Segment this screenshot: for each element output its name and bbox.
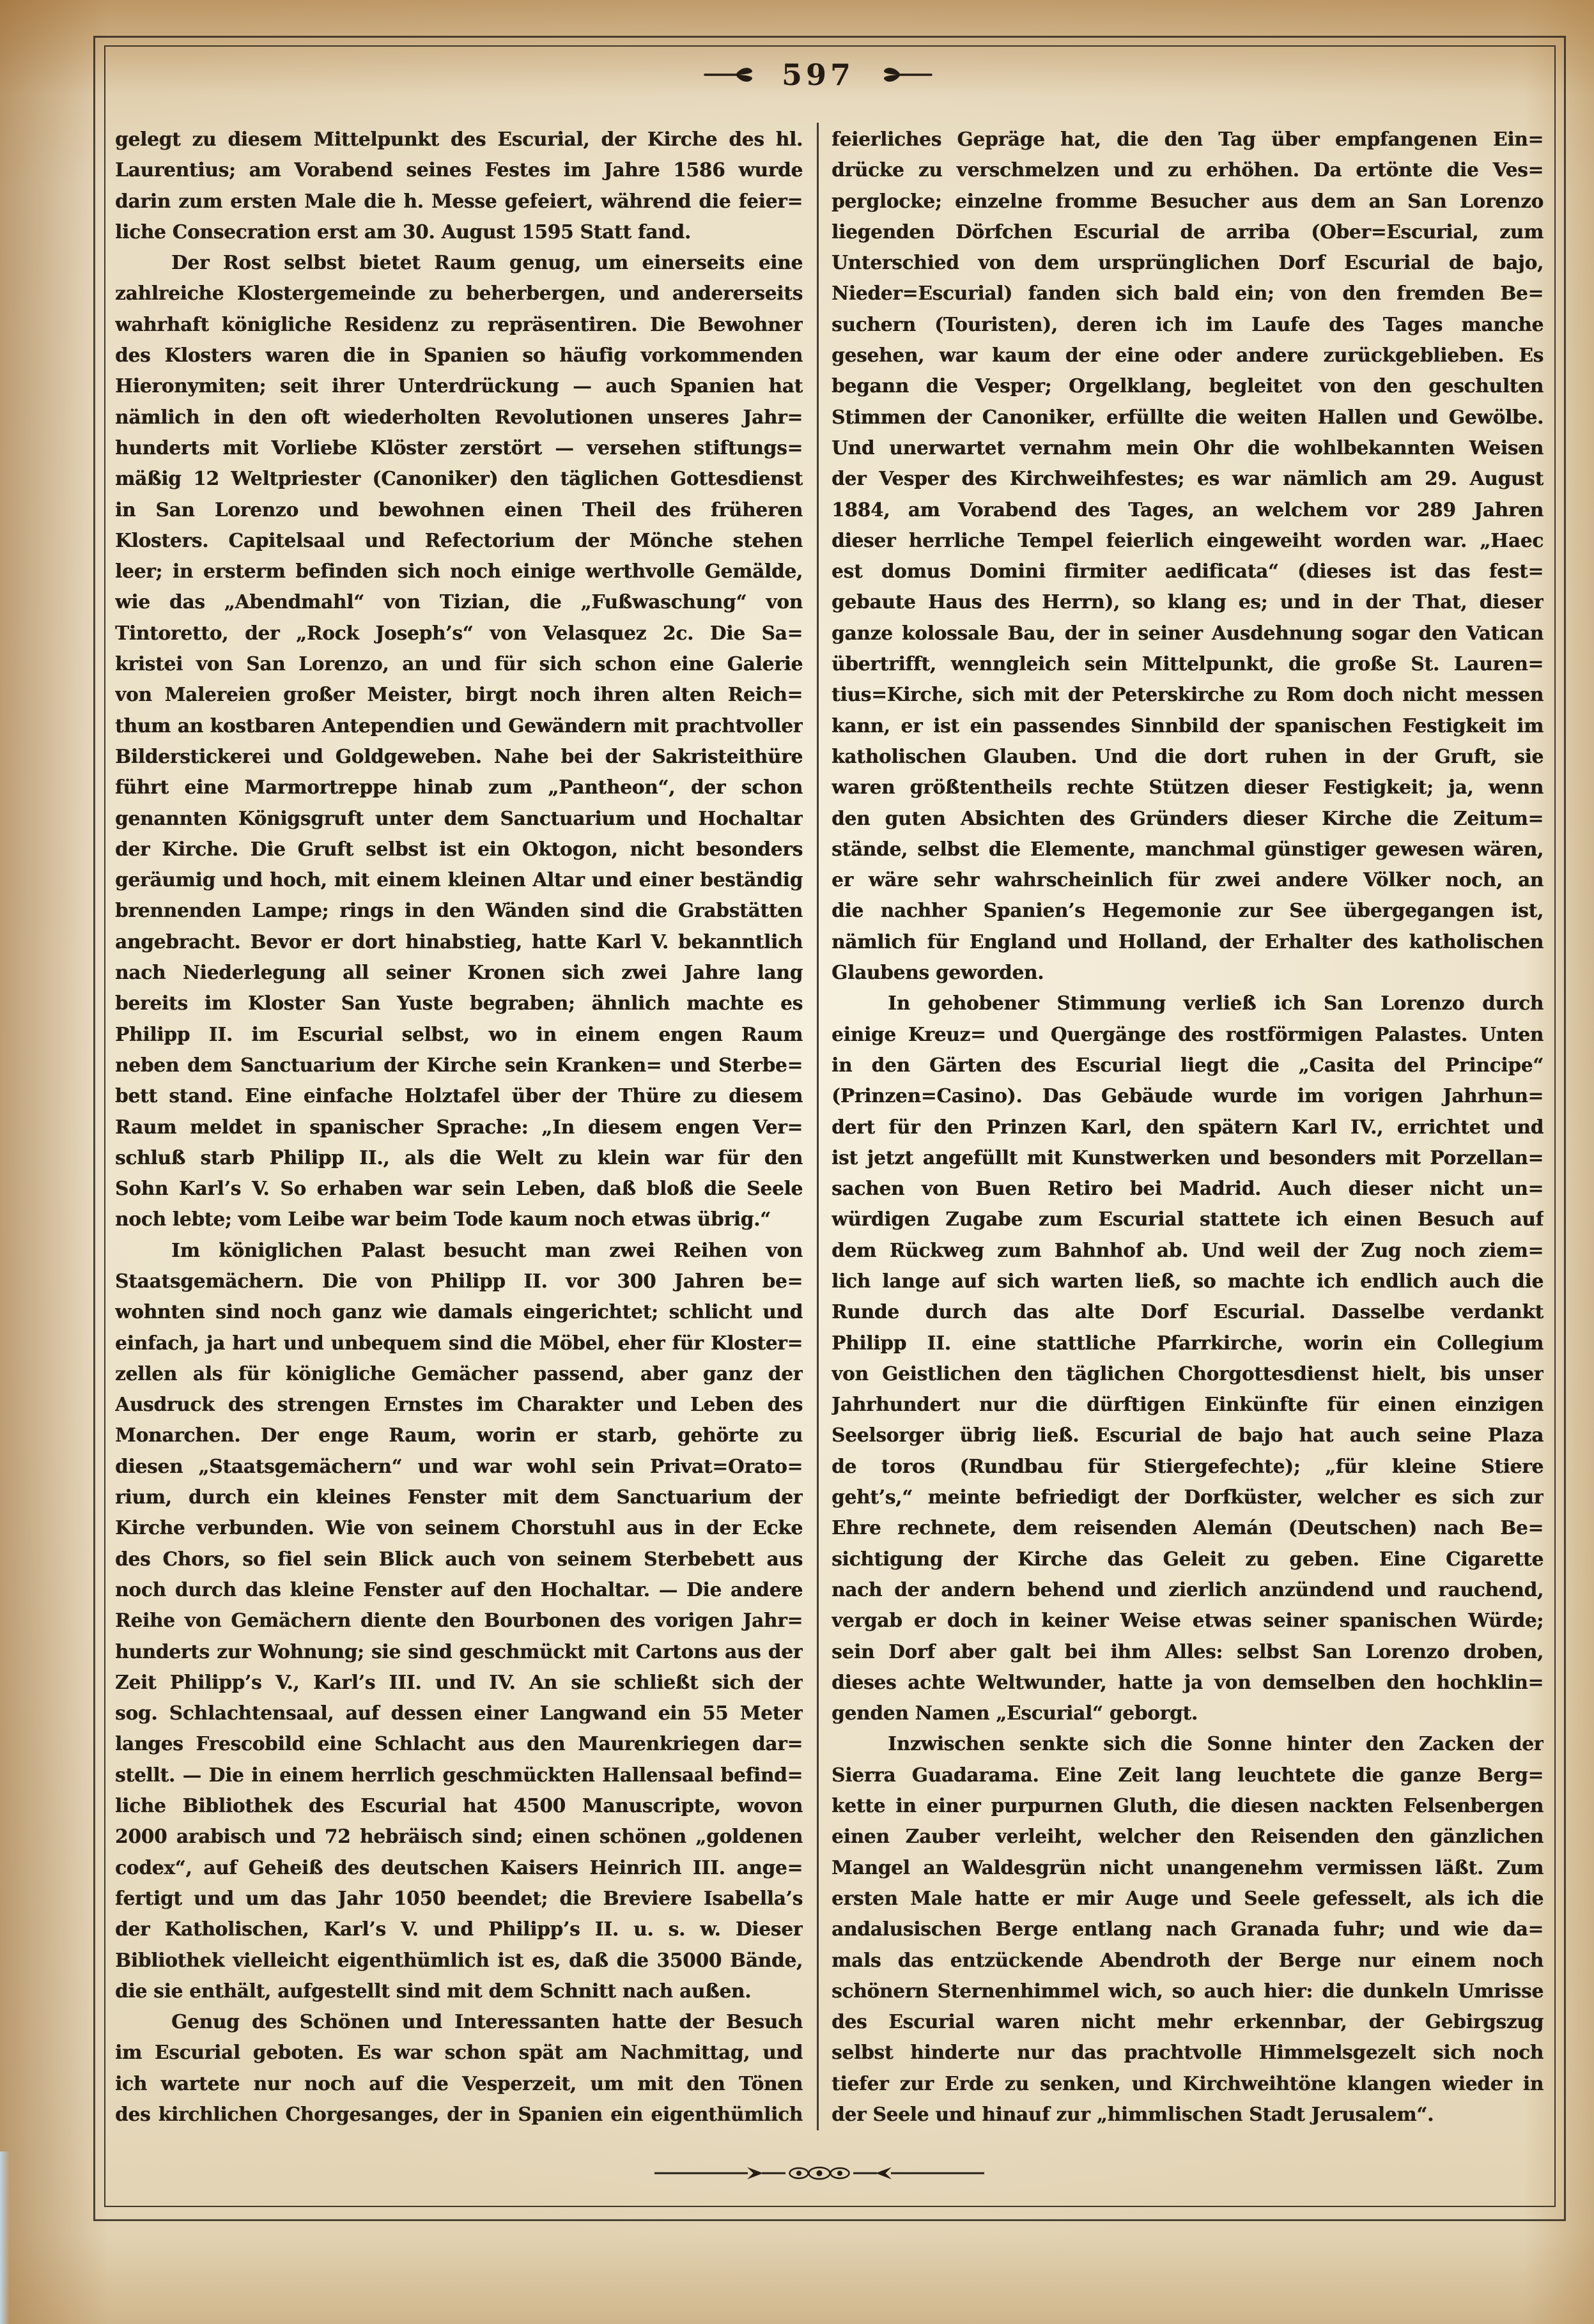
text-line: geht’s,“ meinte befriedigt der Dorfküste… [832,1482,1544,1512]
text-line: einen Zauber verleiht, welcher den Reise… [832,1821,1544,1852]
text-line: würdigen Zugabe zum Escurial stattete ic… [832,1204,1544,1235]
text-line: genden Namen „Escurial“ geborgt. [832,1698,1544,1728]
text-line: einfach, ja hart und unbequem sind die M… [115,1328,803,1358]
text-line: geräumig und hoch, mit einem kleinen Alt… [115,865,803,895]
text-line: den guten Absichten des Gründers dieser … [832,803,1544,834]
text-line: bereits im Kloster San Yuste begraben; ä… [115,988,803,1019]
text-line: waren größtentheils rechte Stützen diese… [832,772,1544,803]
text-line: nach der andern behend und zierlich anzü… [832,1574,1544,1605]
text-line: gelegt zu diesem Mittelpunkt des Escuria… [115,124,803,155]
text-line: Raum meldet in spanischer Sprache: „In d… [115,1112,803,1143]
text-line: Im königlichen Palast besucht man zwei R… [115,1235,803,1266]
text-line: darin zum ersten Male die h. Messe gefei… [115,186,803,217]
text-line: Unterschied von dem ursprünglichen Dorf … [832,247,1544,278]
text-line: Und unerwartet vernahm mein Ohr die wohl… [832,433,1544,463]
scanned-book-page: 597 gelegt zu diesem Mittelpunkt des Esc… [0,0,1594,2324]
text-line: zahlreiche Klostergemeinde zu beherberge… [115,278,803,309]
text-line: hunderts zur Wohnung; sie sind geschmück… [115,1636,803,1667]
text-line: übertrifft, wenngleich sein Mittelpunkt,… [832,649,1544,679]
scanner-edge-artifact [0,2151,10,2324]
text-line: stände, selbst die Elemente, manchmal gü… [832,834,1544,865]
text-line: Sierra Guadarama. Eine Zeit lang leuchte… [832,1760,1544,1790]
text-line: hunderts mit Vorliebe Klöster zerstört —… [115,433,803,463]
text-line: tius=Kirche, sich mit der Peterskirche z… [832,679,1544,710]
page-number: 597 [782,60,855,89]
text-line: stellt. — Die in einem herrlich geschmüc… [115,1760,803,1790]
text-line: Hieronymiten; seit ihrer Unterdrückung —… [115,371,803,401]
text-line: Monarchen. Der enge Raum, worin er starb… [115,1420,803,1451]
text-line: wahrhaft königliche Residenz zu repräsen… [115,309,803,340]
text-line: noch lebte; vom Leibe war beim Tode kaum… [115,1204,803,1235]
text-line: des Klosters waren die in Spanien so häu… [115,340,803,371]
end-of-article-ornament-icon [653,2164,986,2182]
text-line: führt eine Marmortreppe hinab zum „Panth… [115,772,803,803]
text-line: wie das „Abendmahl“ von Tizian, die „Fuß… [115,587,803,617]
text-line: kann, er ist ein passendes Sinnbild der … [832,711,1544,741]
text-line: 1884, am Vorabend des Tages, an welchem … [832,495,1544,525]
text-line: des kirchlichen Chorgesanges, der in Spa… [115,2099,803,2130]
column-divider-rule [817,123,819,2130]
text-line: (Prinzen=Casino). Das Gebäude wurde im v… [832,1081,1544,1111]
text-line: dert für den Prinzen Karl, den spätern K… [832,1112,1544,1143]
text-line: schönern Sternenhimmel wich, so auch hie… [832,1976,1544,2006]
text-line: Inzwischen senkte sich die Sonne hinter … [832,1728,1544,1759]
text-line: Bilderstickerei und Goldgeweben. Nahe be… [115,741,803,772]
text-line: Der Rost selbst bietet Raum genug, um ei… [115,247,803,278]
text-line: liegenden Dörfchen Escurial de arriba (O… [832,217,1544,247]
text-line: angebracht. Bevor er dort hinabstieg, ha… [115,927,803,957]
text-line: Runde durch das alte Dorf Escurial. Dass… [832,1297,1544,1327]
text-line: andalusischen Berge entlang nach Granada… [832,1914,1544,1944]
text-line: kristei von San Lorenzo, an und für sich… [115,649,803,679]
text-line: fertigt und um das Jahr 1050 beendet; di… [115,1883,803,1914]
right-column: feierliches Gepräge hat, die den Tag übe… [832,124,1544,2130]
text-line: dieses achte Weltwunder, hatte ja von de… [832,1667,1544,1698]
text-line: codex“, auf Geheiß des deutschen Kaisers… [115,1852,803,1883]
text-line: von Geistlichen den täglichen Chorgottes… [832,1358,1544,1389]
text-line: de toros (Rundbau für Stiergefechte); „f… [832,1451,1544,1482]
text-line: Laurentius; am Vorabend seines Festes im… [115,155,803,185]
text-line: ersten Male hatte er mir Auge und Seele … [832,1883,1544,1914]
text-line: brennenden Lampe; rings in den Wänden si… [115,895,803,926]
text-line: bett stand. Eine einfache Holztafel über… [115,1081,803,1111]
text-line: ist jetzt angefüllt mit Kunstwerken und … [832,1143,1544,1173]
text-line: er wäre sehr wahrscheinlich für zwei and… [832,865,1544,895]
text-line: Philipp II. im Escurial selbst, wo in ei… [115,1019,803,1050]
text-line: diesen „Staatsgemächern“ und war wohl se… [115,1451,803,1482]
text-line: Seelsorger übrig ließ. Escurial de bajo … [832,1420,1544,1451]
text-line: vergab er doch in keiner Weise etwas sei… [832,1605,1544,1636]
paper-edge-shading-left [0,0,109,2324]
text-line: Ehre rechnete, dem reisenden Alemán (Deu… [832,1512,1544,1543]
text-line: leer; in ersterm befinden sich noch eini… [115,556,803,587]
text-line: des Chors, so fiel sein Blick auch von s… [115,1544,803,1574]
text-line: die nachher Spanien’s Hegemonie zur See … [832,895,1544,926]
text-line: Klosters. Capitelsaal und Refectorium de… [115,525,803,556]
text-line: nämlich in den oft wiederholten Revoluti… [115,402,803,433]
text-line: sachen von Buen Retiro bei Madrid. Auch … [832,1173,1544,1204]
text-line: Reihe von Gemächern diente den Bourbonen… [115,1605,803,1636]
text-line: dieser herrliche Tempel feierlich eingew… [832,525,1544,556]
text-line: Glaubens geworden. [832,957,1544,988]
text-line: In gehobener Stimmung verließ ich San Lo… [832,988,1544,1019]
text-line: feierliches Gepräge hat, die den Tag übe… [832,124,1544,155]
paper-edge-shading-bottom [0,2235,1594,2324]
text-line: im Escurial geboten. Es war schon spät a… [115,2037,803,2068]
text-line: Genug des Schönen und Interessanten hatt… [115,2006,803,2037]
text-line: genannten Königsgruft unter dem Sanctuar… [115,803,803,834]
text-line: wohnten sind noch ganz wie damals einger… [115,1297,803,1327]
text-line: dem Rückweg zum Bahnhof ab. Und weil der… [832,1235,1544,1266]
text-line: Bibliothek vielleicht eigenthümlich ist … [115,1945,803,1976]
text-line: lich lange auf sich warten ließ, so mach… [832,1266,1544,1297]
text-line: thum an kostbaren Antependien und Gewänd… [115,711,803,741]
text-line: katholischen Glauben. Und die dort ruhen… [832,741,1544,772]
text-line: noch durch das kleine Fenster auf den Ho… [115,1574,803,1605]
text-line: die sie enthält, aufgestellt sind mit de… [115,1976,803,2006]
text-line: Jahrhundert nur die dürftigen Einkünfte … [832,1389,1544,1420]
text-line: von Malereien großer Meister, birgt noch… [115,679,803,710]
text-line: Stimmen der Canoniker, erfüllte die weit… [832,402,1544,433]
text-line: liche Bibliothek des Escurial hat 4500 M… [115,1790,803,1821]
left-column: gelegt zu diesem Mittelpunkt des Escuria… [115,124,803,2130]
text-line: Mangel an Waldesgrün nicht unangenehm ve… [832,1852,1544,1883]
fleuron-left-icon [704,65,759,84]
text-line: Tintoretto, der „Rock Joseph’s“ von Vela… [115,618,803,649]
text-line: ganze kolossale Bau, der in seiner Ausde… [832,618,1544,649]
text-line: kette in einer purpurnen Gluth, die dies… [832,1790,1544,1821]
text-line: einige Kreuz= und Quergänge des rostförm… [832,1019,1544,1050]
text-line: Ausdruck des strengen Ernstes im Charakt… [115,1389,803,1420]
text-line: liche Consecration erst am 30. August 15… [115,217,803,247]
text-line: rium, durch ein kleines Fenster mit dem … [115,1482,803,1512]
text-line: der Katholischen, Karl’s V. und Philipp’… [115,1914,803,1944]
text-line: Staatsgemächern. Die von Philipp II. vor… [115,1266,803,1297]
text-line: gesehen, war kaum der eine oder andere z… [832,340,1544,371]
text-line: Kirche verbunden. Wie von seinem Chorstu… [115,1512,803,1543]
text-line: selbst hinderte nur das prachtvolle Himm… [832,2037,1544,2068]
text-line: der Seele und hinauf zur „himmlischen St… [832,2099,1544,2130]
text-line: der Kirche. Die Gruft selbst ist ein Okt… [115,834,803,865]
text-line: Sohn Karl’s V. So erhaben war sein Leben… [115,1173,803,1204]
text-line: schluß starb Philipp II., als die Welt z… [115,1143,803,1173]
text-line: Nieder=Escurial) fanden sich bald ein; v… [832,278,1544,309]
text-line: est domus Domini firmiter aedificata“ (d… [832,556,1544,587]
text-line: perglocke; einzelne fromme Besucher aus … [832,186,1544,217]
text-line: mals das entzückende Abendroth der Berge… [832,1945,1544,1976]
text-line: der Vesper des Kirchweihfestes; es war n… [832,463,1544,494]
text-line: 2000 arabisch und 72 hebräisch sind; ein… [115,1821,803,1852]
text-line: drücke zu verschmelzen und zu erhöhen. D… [832,155,1544,185]
text-line: begann die Vesper; Orgelklang, begleitet… [832,371,1544,401]
text-line: tiefer zur Erde zu senken, und Kirchweih… [832,2068,1544,2099]
text-line: gebaute Haus des Herrn), so klang es; un… [832,587,1544,617]
text-line: in San Lorenzo und bewohnen einen Theil … [115,495,803,525]
text-line: in den Gärten des Escurial liegt die „Ca… [832,1050,1544,1081]
text-line: nämlich für England und Holland, der Erh… [832,927,1544,957]
text-line: suchern (Touristen), deren ich im Laufe … [832,309,1544,340]
text-line: zellen als für königliche Gemächer passe… [115,1358,803,1389]
fleuron-right-icon [878,65,932,84]
text-line: sichtigung der Kirche das Geleit zu gebe… [832,1544,1544,1574]
text-line: langes Frescobild eine Schlacht aus den … [115,1728,803,1759]
text-line: Zeit Philipp’s V., Karl’s III. und IV. A… [115,1667,803,1698]
text-line: mäßig 12 Weltpriester (Canoniker) den tä… [115,463,803,494]
text-line: sog. Schlachtensaal, auf dessen einer La… [115,1698,803,1728]
text-line: neben dem Sanctuarium der Kirche sein Kr… [115,1050,803,1081]
text-line: sein Dorf aber galt bei ihm Alles: selbs… [832,1636,1544,1667]
text-line: nach Niederlegung all seiner Kronen sich… [115,957,803,988]
page-header: 597 [704,60,932,89]
text-line: des Escurial waren nicht mehr erkennbar,… [832,2006,1544,2037]
text-line: ich wartete nur noch auf die Vesperzeit,… [115,2068,803,2099]
text-line: Philipp II. eine stattliche Pfarrkirche,… [832,1328,1544,1358]
